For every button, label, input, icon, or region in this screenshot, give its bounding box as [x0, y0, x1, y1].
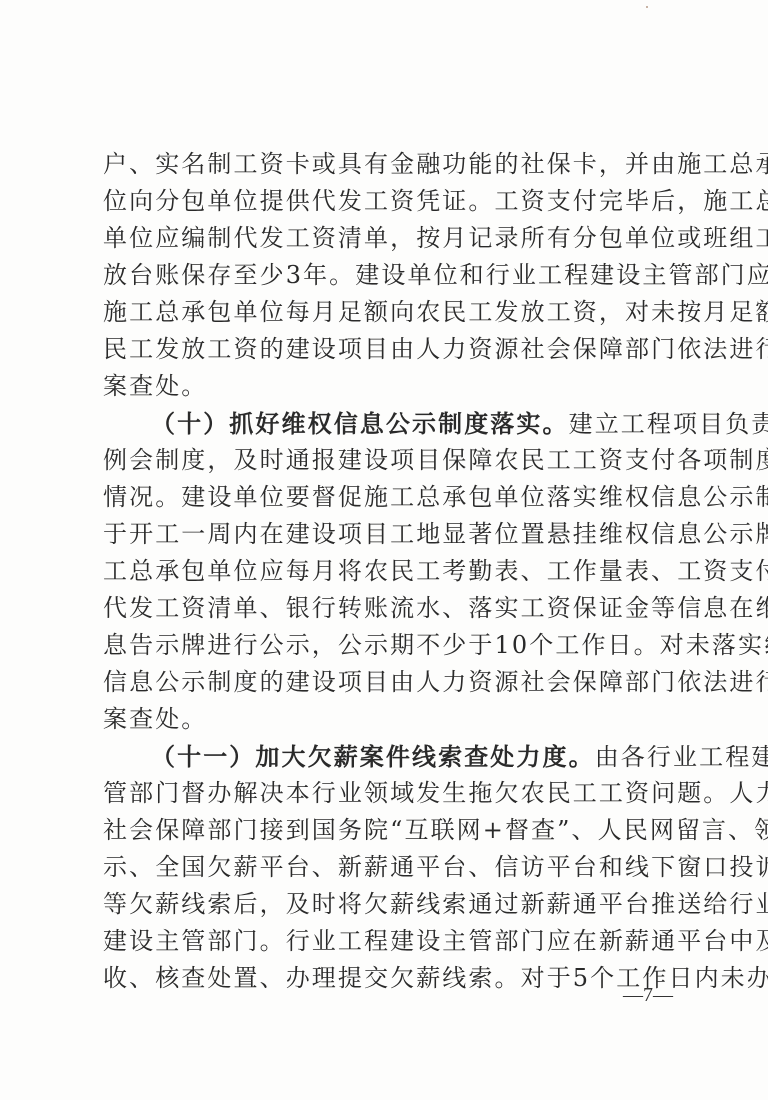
text-line: 例会制度，及时通报建设项目保障农民工工资支付各项制度落实 [103, 442, 675, 479]
section-heading: （十一）加大欠薪案件线索查处力度。 [151, 742, 595, 771]
text-segment: 由各行业工程建设主 [595, 743, 768, 771]
text-line: 放台账保存至少3年。建设单位和行业工程建设主管部门应监督 [103, 257, 675, 294]
paragraph-section-11: （十一）加大欠薪案件线索查处力度。由各行业工程建设主 管部门督办解决本行业领域发… [103, 738, 675, 997]
section-first-line: （十）抓好维权信息公示制度落实。建立工程项目负责人月 [103, 405, 675, 442]
text-line: 情况。建设单位要督促施工总承包单位落实维权信息公示制度， [103, 479, 675, 516]
text-line: 收、核查处置、办理提交欠薪线索。对于5个工作日内未办结的 [103, 960, 675, 997]
text-line: 施工总承包单位每月足额向农民工发放工资，对未按月足额向农 [103, 294, 675, 331]
text-line: 于开工一周内在建设项目工地显著位置悬挂维权信息公示牌。施 [103, 516, 675, 553]
paragraph-section-10: （十）抓好维权信息公示制度落实。建立工程项目负责人月 例会制度，及时通报建设项目… [103, 405, 675, 738]
document-page: 户、实名制工资卡或具有金融功能的社保卡，并由施工总承包单 位向分包单位提供代发工… [0, 0, 768, 1100]
page-number: —7— [618, 984, 678, 1007]
text-line: 息告示牌进行公示，公示期不少于10个工作日。对未落实维权 [103, 627, 675, 664]
text-line: 单位应编制代发工资清单，按月记录所有分包单位或班组工资发 [103, 220, 675, 257]
text-segment: 建立工程项目负责人月 [569, 410, 768, 438]
text-line: 代发工资清单、银行转账流水、落实工资保证金等信息在维权信 [103, 590, 675, 627]
text-line: 社会保障部门接到国务院“互联网+督查”、人民网留言、领导批 [103, 812, 675, 849]
section-heading: （十）抓好维权信息公示制度落实。 [151, 409, 569, 438]
text-line: 等欠薪线索后，及时将欠薪线索通过新薪通平台推送给行业工程 [103, 886, 675, 923]
text-line: 案查处。 [103, 701, 675, 738]
text-line: 管部门督办解决本行业领域发生拖欠农民工工资问题。人力资源 [103, 775, 675, 812]
document-body: 户、实名制工资卡或具有金融功能的社保卡，并由施工总承包单 位向分包单位提供代发工… [103, 146, 675, 997]
scan-speck [646, 6, 648, 8]
text-line: 民工发放工资的建设项目由人力资源社会保障部门依法进行立 [103, 331, 675, 368]
paragraph-continuation: 户、实名制工资卡或具有金融功能的社保卡，并由施工总承包单 位向分包单位提供代发工… [103, 146, 675, 405]
text-line: 户、实名制工资卡或具有金融功能的社保卡，并由施工总承包单 [103, 146, 675, 183]
text-line: 建设主管部门。行业工程建设主管部门应在新薪通平台中及时接 [103, 923, 675, 960]
text-line: 位向分包单位提供代发工资凭证。工资支付完毕后，施工总承包 [103, 183, 675, 220]
text-line: 工总承包单位应每月将农民工考勤表、工作量表、工资支付表、 [103, 553, 675, 590]
text-line: 案查处。 [103, 368, 675, 405]
section-first-line: （十一）加大欠薪案件线索查处力度。由各行业工程建设主 [103, 738, 675, 775]
text-line: 信息公示制度的建设项目由人力资源社会保障部门依法进行立 [103, 664, 675, 701]
text-line: 示、全国欠薪平台、新薪通平台、信访平台和线下窗口投诉举报 [103, 849, 675, 886]
